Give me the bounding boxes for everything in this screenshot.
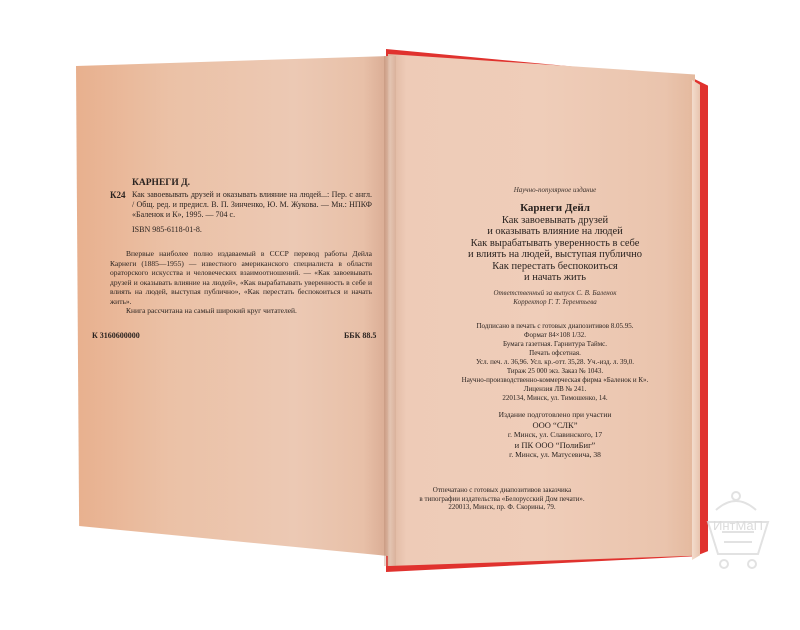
- title-author: Карнеги Дейл: [430, 203, 680, 215]
- staff-line: Корректор Г. Т. Терентьева: [430, 298, 680, 307]
- title-line: и начать жить: [430, 272, 680, 284]
- imprint-line: Формат 84×108 1/32.: [430, 331, 680, 340]
- book-gutter: [384, 56, 396, 566]
- printed-line: Отпечатано с готовых диапозитивов заказч…: [402, 486, 602, 495]
- title-line: Как перестать беспокоиться: [430, 261, 680, 273]
- imprint-line: Лицензия ЛВ № 241.: [430, 385, 680, 394]
- printed-line: 220013, Минск, пр. Ф. Скорины, 79.: [402, 503, 602, 512]
- isbn: ISBN 985-6118-01-8.: [132, 225, 372, 235]
- title-block: Карнеги Дейл Как завоевывать друзей и ок…: [430, 203, 680, 284]
- imprint-line: Научно-производственно-коммерческая фирм…: [430, 376, 680, 385]
- audience-note: Книга рассчитана на самый широкий круг ч…: [110, 306, 372, 316]
- org-slk: ООО “СЛК”: [430, 420, 680, 430]
- title-line: и оказывать влияние на людей: [430, 226, 680, 238]
- title-line: Как вырабатывать уверенность в себе: [430, 238, 680, 250]
- printed-by-block: Отпечатано с готовых диапозитивов заказч…: [402, 486, 602, 512]
- imprint-line: Усл. печ. л. 36,96. Усл. кр.-отт. 35,28.…: [430, 358, 680, 367]
- imprint-line: Подписано в печать с готовых диапозитиво…: [430, 322, 680, 331]
- page-edges: [692, 80, 700, 560]
- title-line: Как завоевывать друзей: [430, 215, 680, 227]
- catalog-author: КАРНЕГИ Д.: [132, 178, 372, 188]
- org-slk-address: г. Минск, ул. Славинского, 17: [430, 430, 680, 440]
- staff-credits: Ответственный за выпуск С. В. Баленок Ко…: [430, 289, 680, 307]
- catalog-index: К24: [110, 190, 126, 200]
- book-photo: КАРНЕГИ Д. К24 Как завоевывать друзей и …: [0, 0, 800, 630]
- annotation: Впервые наиболее полно издаваемый в СССР…: [110, 249, 372, 306]
- svg-text:ИнтМаП: ИнтМаП: [713, 518, 763, 533]
- prepared-intro: Издание подготовлено при участии: [430, 410, 680, 420]
- catalog-entry-text: Как завоевывать друзей и оказывать влиян…: [132, 190, 372, 219]
- imprint-line: 220134, Минск, ул. Тимошенко, 14.: [430, 394, 680, 403]
- catalog-card: КАРНЕГИ Д. К24 Как завоевывать друзей и …: [110, 178, 372, 316]
- classification-code: К 3160600000: [92, 331, 140, 340]
- imprint-line: Тираж 25 000 экз. Заказ № 1043.: [430, 367, 680, 376]
- imprint-line: Бумага газетная. Гарнитура Таймс.: [430, 340, 680, 349]
- imprint-line: Печать офсетная.: [430, 349, 680, 358]
- genre-label: Научно-популярное издание: [430, 185, 680, 195]
- org-polibig: и ПК ООО “ПолиБиг”: [430, 440, 680, 450]
- bbk-code: ББК 88.5: [344, 331, 376, 340]
- staff-line: Ответственный за выпуск С. В. Баленок: [430, 289, 680, 298]
- printed-line: в типографии издательства «Белорусский Д…: [402, 495, 602, 504]
- prepared-by-block: Издание подготовлено при участии ООО “СЛ…: [430, 410, 680, 460]
- catalog-entry: К24 Как завоевывать друзей и оказывать в…: [132, 190, 372, 220]
- imprint-block: Подписано в печать с готовых диапозитиво…: [430, 322, 680, 403]
- watermark: ИнтМаП: [702, 488, 774, 572]
- shopping-basket-icon: ИнтМаП: [702, 488, 774, 572]
- title-line: и влиять на людей, выступая публично: [430, 249, 680, 261]
- org-polibig-address: г. Минск, ул. Матусевича, 38: [430, 450, 680, 460]
